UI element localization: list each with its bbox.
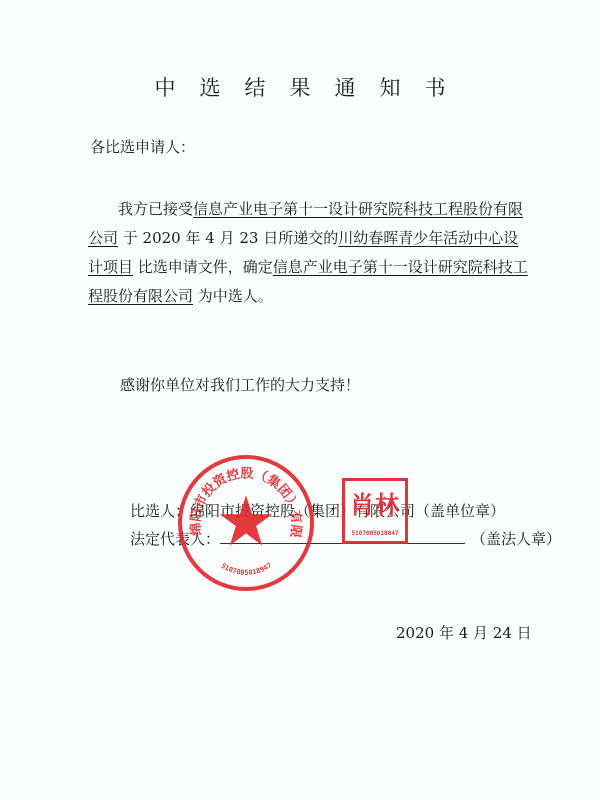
body-suffix: 为中选人。 xyxy=(193,287,273,305)
body-mid: 比选申请文件，确定 xyxy=(133,258,273,276)
body-prefix: 我方已接受 xyxy=(118,200,193,218)
salutation: 各比选申请人： xyxy=(90,136,195,157)
issue-date: 2020 年 4 月 24 日 xyxy=(396,622,532,643)
notice-body: 我方已接受信息产业电子第十一设计研究院科技工程股份有限公司 于 2020 年 4… xyxy=(88,195,528,311)
body-submission-date: 于 2020 年 4 月 23 日所递交的 xyxy=(118,229,338,247)
rep-stamp-note: （盖法人章） xyxy=(471,530,561,548)
issuer-stamp-note: （盖单位章） xyxy=(415,502,505,520)
company-seal: 绵阳市投资控股（集团）有限公司 5107005018947 xyxy=(178,455,314,591)
personal-seal-name: 肖林 xyxy=(345,485,405,520)
personal-seal: 肖林 5107005018847 xyxy=(342,478,408,544)
personal-seal-number: 5107005018847 xyxy=(345,530,405,537)
star-icon xyxy=(218,493,274,549)
svg-text:5107005018947: 5107005018947 xyxy=(220,561,274,577)
document-title: 中选结果通知书 xyxy=(0,72,600,102)
thanks-line: 感谢你单位对我们工作的大力支持！ xyxy=(120,374,360,395)
